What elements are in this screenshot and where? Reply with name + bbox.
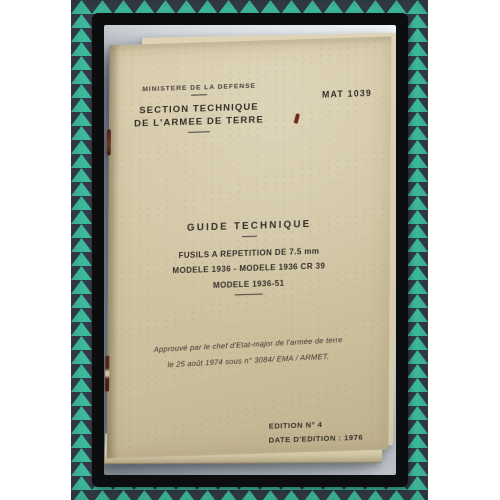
title-block: GUIDE TECHNIQUE FUSILS A REPETITION DE 7… (108, 217, 390, 300)
edition-line-2: DATE D'EDITION : 1976 (269, 430, 364, 446)
photo-background: MINISTERE DE LA DEFENSE SECTION TECHNIQU… (104, 25, 396, 475)
approval-block: Approuvé par le chef d'Etat-major de l'a… (107, 330, 389, 377)
ministry-underline (191, 94, 207, 96)
guide-title: GUIDE TECHNIQUE (108, 217, 390, 238)
subject-line-3: MODELE 1936-51 (108, 275, 390, 295)
booklet: MINISTERE DE LA DEFENSE SECTION TECHNIQU… (107, 36, 392, 458)
reference-number: MAT 1039 (307, 88, 387, 101)
publisher-block: MINISTERE DE LA DEFENSE SECTION TECHNIQU… (115, 82, 283, 135)
section-underline (188, 131, 210, 133)
edition-block: EDITION N° 4 DATE D'EDITION : 1976 (269, 416, 364, 446)
ministry-line: MINISTERE DE LA DEFENSE (115, 82, 283, 94)
subject-underline (235, 294, 263, 296)
title-underline (242, 236, 257, 238)
stain-mark (294, 113, 300, 124)
staple-top (107, 129, 111, 155)
booklet-cover: MINISTERE DE LA DEFENSE SECTION TECHNIQU… (107, 36, 392, 458)
photo-frame: MINISTERE DE LA DEFENSE SECTION TECHNIQU… (92, 13, 408, 487)
